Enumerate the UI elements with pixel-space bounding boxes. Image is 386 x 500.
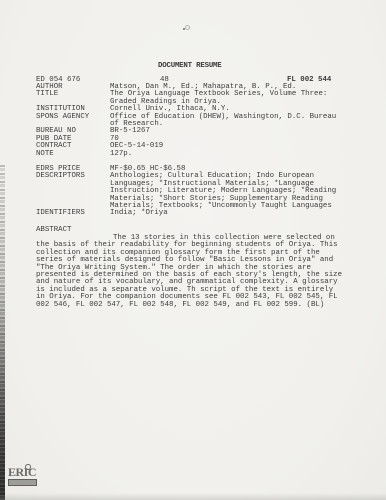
scan-edge-texture	[0, 165, 5, 500]
field-value: India; *Oriya	[110, 210, 168, 217]
field-row-contract: CONTRACT OEC-5-14-019	[36, 143, 366, 150]
document-resume-header: DOCUMENT RESUME	[158, 63, 222, 70]
field-label: TITLE	[36, 91, 110, 98]
scan-speck	[183, 25, 188, 30]
field-row-pub-date: PUB DATE 70	[36, 136, 366, 143]
field-value: Anthologies; Cultural Education; Indo Eu…	[110, 173, 336, 210]
field-row-descriptors: DESCRIPTORS Anthologies; Cultural Educat…	[36, 173, 366, 210]
speck-mark	[183, 28, 185, 30]
field-row-bureau-no: BUREAU NO BR-5-1267	[36, 128, 366, 135]
abstract-body: The 13 stories in this collection were s…	[36, 235, 352, 309]
field-label: NOTE	[36, 151, 110, 158]
field-row-identifiers: IDENTIFIERS India; *Oriya	[36, 210, 366, 217]
speck-dot	[185, 25, 190, 30]
scan-edge-artifact	[0, 165, 5, 500]
scan-bottom-shadow	[0, 493, 386, 500]
field-value: 127p.	[110, 151, 132, 158]
eric-logo-bar	[8, 479, 37, 486]
field-label: SPONS AGENCY	[36, 114, 110, 121]
eric-logo-text: ERIC	[8, 465, 36, 479]
eric-logo: ERIC	[8, 466, 40, 492]
abstract-heading: ABSTRACT	[36, 227, 71, 234]
field-row-spons-agency: SPONS AGENCY Office of Education (DHEW),…	[36, 114, 366, 129]
scanned-document-page: DOCUMENT RESUME ED 054 676 48 FL 002 544…	[0, 0, 386, 500]
eric-logo-dot-icon	[25, 464, 31, 470]
field-value: The Oriya Language Textbook Series, Volu…	[110, 91, 327, 106]
bibliographic-fields: AUTHOR Matson, Dan M., Ed.; Mahapatra, B…	[36, 84, 366, 158]
field-row-note: NOTE 127p.	[36, 151, 366, 158]
field-value: Office of Education (DHEW), Washington, …	[110, 114, 336, 129]
field-row-title: TITLE The Oriya Language Textbook Series…	[36, 91, 366, 106]
indexing-fields: EDRS PRICE MF-$0.65 HC-$6.58 DESCRIPTORS…	[36, 166, 366, 218]
field-label: IDENTIFIERS	[36, 210, 110, 217]
field-label: DESCRIPTORS	[36, 173, 110, 180]
